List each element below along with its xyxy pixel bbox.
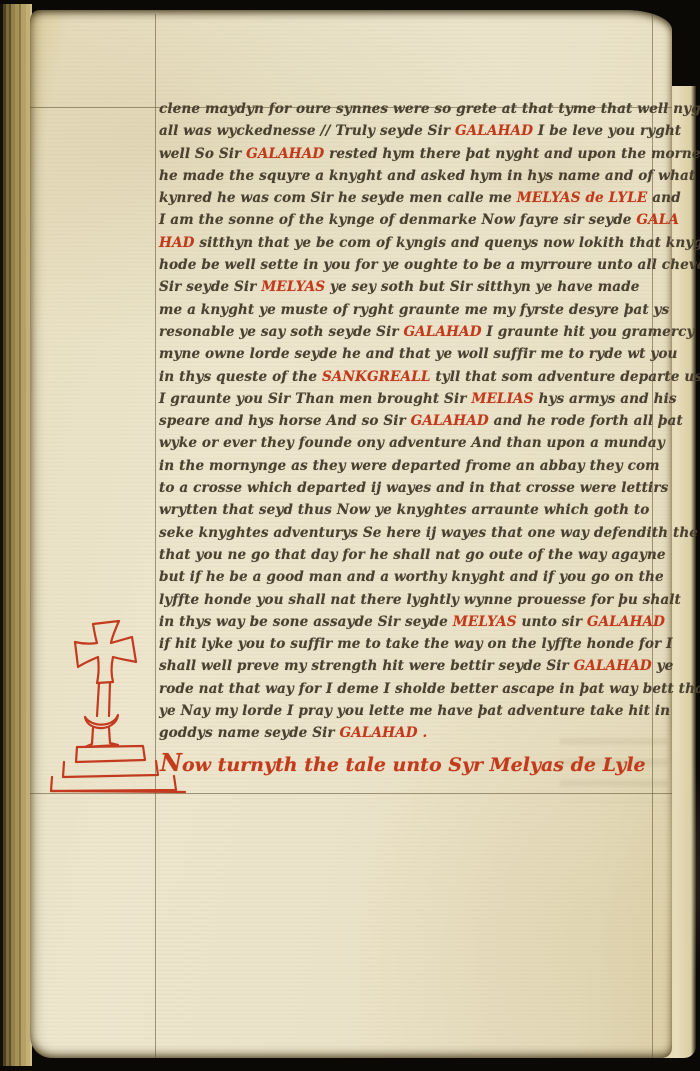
rubricated-name: GALAHAD . <box>340 725 428 741</box>
manuscript-photo: clene maydyn for oure synnes were so gre… <box>0 0 700 1071</box>
text-line: myne owne lorde seyde he and that ye wol… <box>159 343 655 365</box>
text-line: in thys queste of the SANKGREALL tyll th… <box>159 366 655 388</box>
text-segment: lyffte honde you shall nat there lyghtly… <box>159 592 681 608</box>
text-line: speare and hys horse And so Sir GALAHAD … <box>159 410 655 432</box>
text-segment: resonable ye say soth seyde Sir <box>159 324 403 340</box>
text-line: I am the sonne of the kynge of denmarke … <box>159 209 655 231</box>
rubricated-name: MELYAS <box>261 279 325 295</box>
text-line: if hit lyke you to suffir me to take the… <box>159 633 655 655</box>
text-segment: that you ne go that day for he shall nat… <box>159 547 666 563</box>
text-segment: Sir seyde Sir <box>159 279 261 295</box>
text-segment: kynred he was com Sir he seyde men calle… <box>159 190 517 206</box>
text-line: but if he be a good man and a worthy kny… <box>159 566 655 588</box>
text-segment: wyke or ever they founde ony adventure A… <box>159 435 665 451</box>
text-line: clene maydyn for oure synnes were so gre… <box>159 98 655 120</box>
rubricated-name: GALAHAD <box>574 658 652 674</box>
text-line: that you ne go that day for he shall nat… <box>159 544 655 566</box>
text-segment: myne owne lorde seyde he and that ye wol… <box>159 346 677 362</box>
text-segment: ye <box>652 658 674 674</box>
text-segment: and <box>647 190 680 206</box>
rubricated-name: HAD <box>159 235 194 251</box>
text-line: rode nat that way for I deme I sholde be… <box>159 678 655 700</box>
text-line: wyke or ever they founde ony adventure A… <box>159 432 655 454</box>
text-line: hode be well sette in you for ye oughte … <box>159 254 655 276</box>
text-segment: I be leve you ryght <box>533 123 681 139</box>
text-segment: in the mornynge as they were departed fr… <box>159 458 660 474</box>
rubricated-name: GALAHAD <box>411 413 489 429</box>
text-line: me a knyght ye muste of ryght graunte me… <box>159 299 655 321</box>
rubricated-name: GALAHAD <box>587 614 665 630</box>
text-segment: sitthyn that ye be com of kyngis and que… <box>194 235 700 251</box>
text-line: shall well preve my strength hit were be… <box>159 655 655 677</box>
text-line: well So Sir GALAHAD rested hym there þat… <box>159 143 655 165</box>
text-line: all was wyckednesse // Truly seyde Sir G… <box>159 120 655 142</box>
margin-cross-drawing <box>47 616 187 794</box>
text-segment: but if he be a good man and a worthy kny… <box>159 569 664 585</box>
text-segment: he made the squyre a knyght and asked hy… <box>159 168 695 184</box>
text-segment: I graunte hit you gramercy <box>482 324 695 340</box>
rubricated-name: SANKGREALL <box>322 369 431 385</box>
ink-bleed-through <box>560 738 668 802</box>
rubricated-name: GALA <box>636 212 679 228</box>
text-line: I graunte you Sir Than men brought Sir M… <box>159 388 655 410</box>
text-line: to a crosse which departed ij wayes and … <box>159 477 655 499</box>
text-segment: wrytten that seyd thus Now ye knyghtes a… <box>159 502 649 518</box>
red-cross-icon <box>47 616 187 794</box>
text-segment: all was wyckednesse // Truly seyde Sir <box>159 123 455 139</box>
text-line: HAD sitthyn that ye be com of kyngis and… <box>159 232 655 254</box>
text-segment: tyll that som adventure departe us <box>431 369 700 385</box>
rubricated-name: MELIAS <box>471 391 533 407</box>
text-segment: I graunte you Sir Than men brought Sir <box>159 391 471 407</box>
text-segment: well So Sir <box>159 146 246 162</box>
text-segment: speare and hys horse And so Sir <box>159 413 411 429</box>
text-segment: ye Nay my lorde I pray you lette me have… <box>159 703 670 719</box>
text-segment: rode nat that way for I deme I sholde be… <box>159 681 700 697</box>
text-segment: and he rode forth all þat <box>489 413 683 429</box>
text-segment: if hit lyke you to suffir me to take the… <box>159 636 673 652</box>
rubricated-name: MELYAS de LYLE <box>517 190 648 206</box>
text-segment: in thys way be sone assayde Sir seyde <box>159 614 453 630</box>
text-line: kynred he was com Sir he seyde men calle… <box>159 187 655 209</box>
text-segment: I am the sonne of the kynge of denmarke … <box>159 212 636 228</box>
text-line: lyffte honde you shall nat there lyghtly… <box>159 589 655 611</box>
text-segment: rested hym there þat nyght and upon the … <box>324 146 700 162</box>
text-line: he made the squyre a knyght and asked hy… <box>159 165 655 187</box>
text-segment: unto sir <box>517 614 587 630</box>
text-block: clene maydyn for oure synnes were so gre… <box>159 98 655 745</box>
text-segment: hode be well sette in you for ye oughte … <box>159 257 700 273</box>
text-line: seke knyghtes adventurys Se here ij waye… <box>159 522 655 544</box>
text-segment: shall well preve my strength hit were be… <box>159 658 574 674</box>
text-segment: ye sey soth but Sir sitthyn ye have made <box>325 279 639 295</box>
rubricated-name: GALAHAD <box>455 123 533 139</box>
text-segment: to a crosse which departed ij wayes and … <box>159 480 668 496</box>
rubricated-name: GALAHAD <box>246 146 324 162</box>
text-line: in the mornynge as they were departed fr… <box>159 455 655 477</box>
book-gutter-page-edges <box>0 4 32 1066</box>
ruling-line-vertical-left <box>155 14 156 1058</box>
text-line: ye Nay my lorde I pray you lette me have… <box>159 700 655 722</box>
text-line: Sir seyde Sir MELYAS ye sey soth but Sir… <box>159 276 655 298</box>
text-segment: hys armys and his <box>534 391 677 407</box>
text-line: wrytten that seyd thus Now ye knyghtes a… <box>159 499 655 521</box>
rubricated-name: GALAHAD <box>403 324 481 340</box>
text-segment: clene maydyn for oure synnes were so gre… <box>159 101 700 117</box>
rubricated-name: MELYAS <box>453 614 517 630</box>
text-segment: seke knyghtes adventurys Se here ij waye… <box>159 525 698 541</box>
text-segment: in thys queste of the <box>159 369 322 385</box>
text-line: resonable ye say soth seyde Sir GALAHAD … <box>159 321 655 343</box>
text-segment: me a knyght ye muste of ryght graunte me… <box>159 302 669 318</box>
text-line: in thys way be sone assayde Sir seyde ME… <box>159 611 655 633</box>
